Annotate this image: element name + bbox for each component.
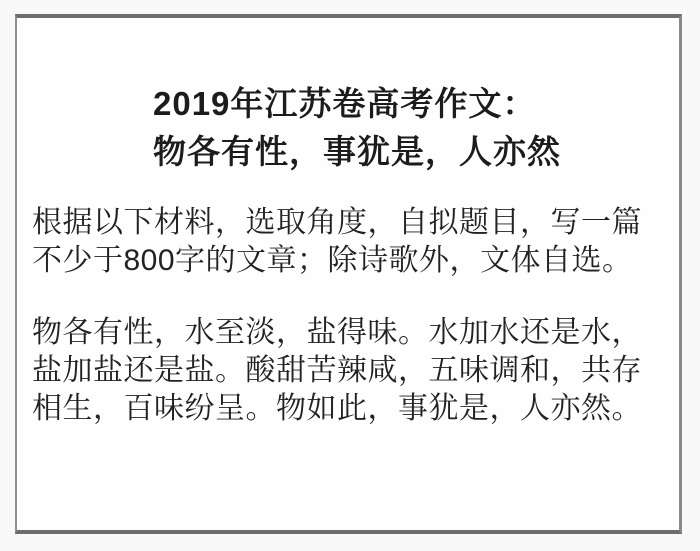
title-line-1: 2019年江苏卷高考作文： — [153, 80, 659, 128]
material-line-1: 物各有性，水至淡，盐得味。水加水还是水， — [32, 314, 663, 352]
essay-title: 2019年江苏卷高考作文： 物各有性，事犹是，人亦然 — [153, 80, 659, 176]
paragraph-instructions: 根据以下材料，选取角度，自拟题目，写一篇 不少于800字的文章；除诗歌外，文体自… — [32, 204, 663, 280]
material-line-2: 盐加盐还是盐。酸甜苦辣咸，五味调和，共存 — [32, 352, 663, 390]
essay-prompt-card: 2019年江苏卷高考作文： 物各有性，事犹是，人亦然 根据以下材料，选取角度，自… — [15, 14, 682, 534]
material-line-3: 相生，百味纷呈。物如此，事犹是，人亦然。 — [32, 390, 663, 428]
title-line-2: 物各有性，事犹是，人亦然 — [153, 128, 659, 176]
paragraph-material: 物各有性，水至淡，盐得味。水加水还是水， 盐加盐还是盐。酸甜苦辣咸，五味调和，共… — [32, 314, 663, 428]
essay-body: 根据以下材料，选取角度，自拟题目，写一篇 不少于800字的文章；除诗歌外，文体自… — [32, 204, 663, 428]
instructions-line-2: 不少于800字的文章；除诗歌外，文体自选。 — [32, 242, 663, 280]
instructions-line-1: 根据以下材料，选取角度，自拟题目，写一篇 — [32, 204, 663, 242]
